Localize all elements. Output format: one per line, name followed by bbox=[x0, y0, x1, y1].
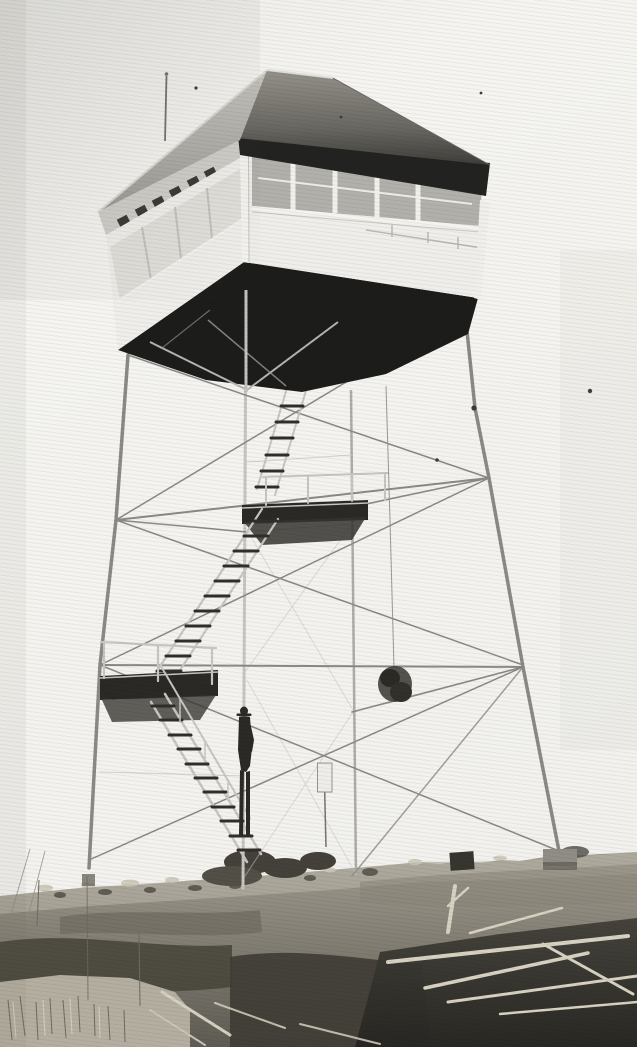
dust-speck bbox=[471, 405, 476, 410]
dust-speck bbox=[480, 92, 483, 95]
footing-shadow bbox=[543, 862, 577, 870]
dark-stump bbox=[449, 851, 474, 871]
photo-canvas bbox=[0, 0, 637, 1047]
dust-speck bbox=[435, 458, 439, 462]
dust-speck bbox=[340, 116, 343, 119]
person-leg-right bbox=[246, 771, 250, 837]
left-leg-footing bbox=[82, 874, 95, 886]
hanging-bucket bbox=[378, 666, 412, 702]
sign-board bbox=[318, 763, 333, 792]
person-hat-brim bbox=[237, 714, 252, 717]
lookout-tower-photograph: Black-and-white photograph of a steel fi… bbox=[0, 0, 637, 1047]
hill-mid-shade bbox=[60, 910, 262, 935]
